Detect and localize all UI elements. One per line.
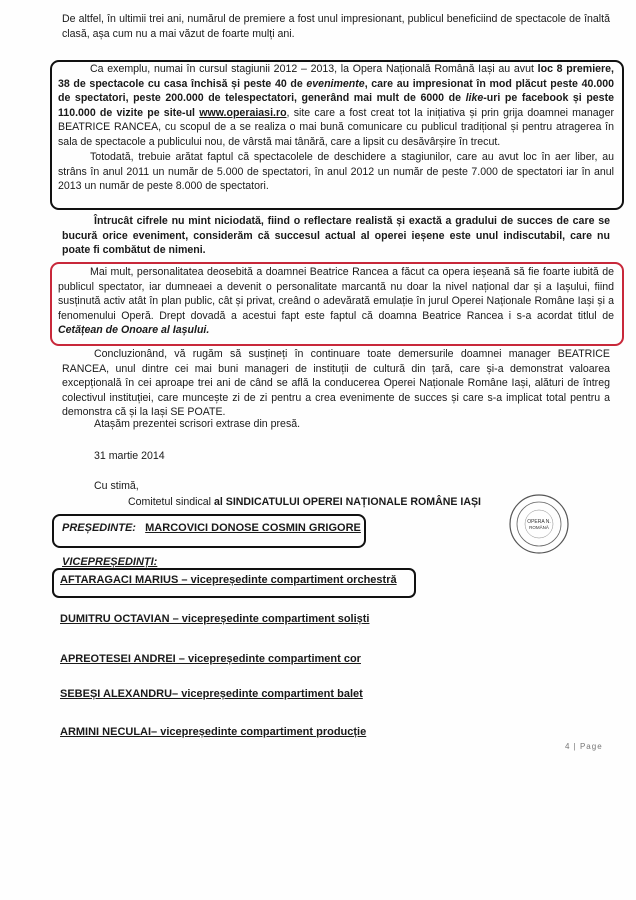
president-line: PREȘEDINTE: MARCOVICI DONOSE COSMIN GRIG… — [62, 522, 361, 534]
statistics-paragraph: Ca exemplu, numai în cursul stagiunii 20… — [58, 62, 614, 150]
vice-president-4: SEBEȘI ALEXANDRU– vicepreședinte compart… — [60, 688, 363, 700]
opening-season-text: Totodată, trebuie arătat faptul că spect… — [58, 151, 614, 192]
statistics-text: Ca exemplu, numai în cursul stagiunii 20… — [90, 63, 538, 75]
vice-president-1: AFTARAGACI MARIUS – vicepreședinte compa… — [60, 574, 397, 586]
page-number: 4 | Page — [565, 742, 603, 751]
document-page: De altfel, în ultimii trei ani, numărul … — [0, 0, 636, 900]
committee-line: Comitetul sindical al SINDICATULUI OPERE… — [128, 496, 481, 508]
svg-text:ROMÂNĂ: ROMÂNĂ — [529, 524, 549, 530]
vice-presidents-label: VICEPREȘEDINȚI: — [62, 556, 157, 568]
closing-salutation: Cu stimă, — [94, 480, 139, 492]
statistics-like: like — [466, 92, 484, 104]
president-name: MARCOVICI DONOSE COSMIN GRIGORE — [145, 522, 361, 534]
opening-season-paragraph: Totodată, trebuie arătat faptul că spect… — [58, 150, 614, 194]
honorary-title: Cetățean de Onoare al Iașului. — [58, 324, 209, 336]
vice-president-3: APREOTESEI ANDREI – vicepreședinte compa… — [60, 653, 361, 665]
intro-paragraph: De altfel, în ultimii trei ani, numărul … — [62, 12, 610, 41]
numbers-text: Întrucât cifrele nu mint niciodată, fiin… — [62, 215, 610, 256]
numbers-paragraph: Întrucât cifrele nu mint niciodată, fiin… — [62, 214, 610, 258]
document-date: 31 martie 2014 — [94, 450, 165, 462]
committee-prefix: Comitetul sindical — [128, 496, 214, 508]
conclusion-text: Concluzionând, vă rugăm să susțineți în … — [62, 348, 610, 418]
union-stamp-icon: OPERA N. ROMÂNĂ — [508, 493, 570, 555]
vice-president-5: ARMINI NECULAI– vicepreședinte compartim… — [60, 726, 366, 738]
president-label: PREȘEDINTE: — [62, 522, 136, 534]
attachment-note: Atașăm prezentei scrisori extrase din pr… — [94, 418, 300, 430]
website-link[interactable]: www.operaiasi.ro — [199, 107, 286, 119]
statistics-events: evenimente — [306, 78, 364, 90]
personality-text: Mai mult, personalitatea deosebită a doa… — [58, 266, 614, 322]
conclusion-paragraph: Concluzionând, vă rugăm să susțineți în … — [62, 347, 610, 420]
vice-president-2: DUMITRU OCTAVIAN – vicepreședinte compar… — [60, 613, 369, 625]
committee-name: al SINDICATULUI OPEREI NAȚIONALE ROMÂNE … — [214, 496, 481, 508]
personality-paragraph: Mai mult, personalitatea deosebită a doa… — [58, 265, 614, 338]
